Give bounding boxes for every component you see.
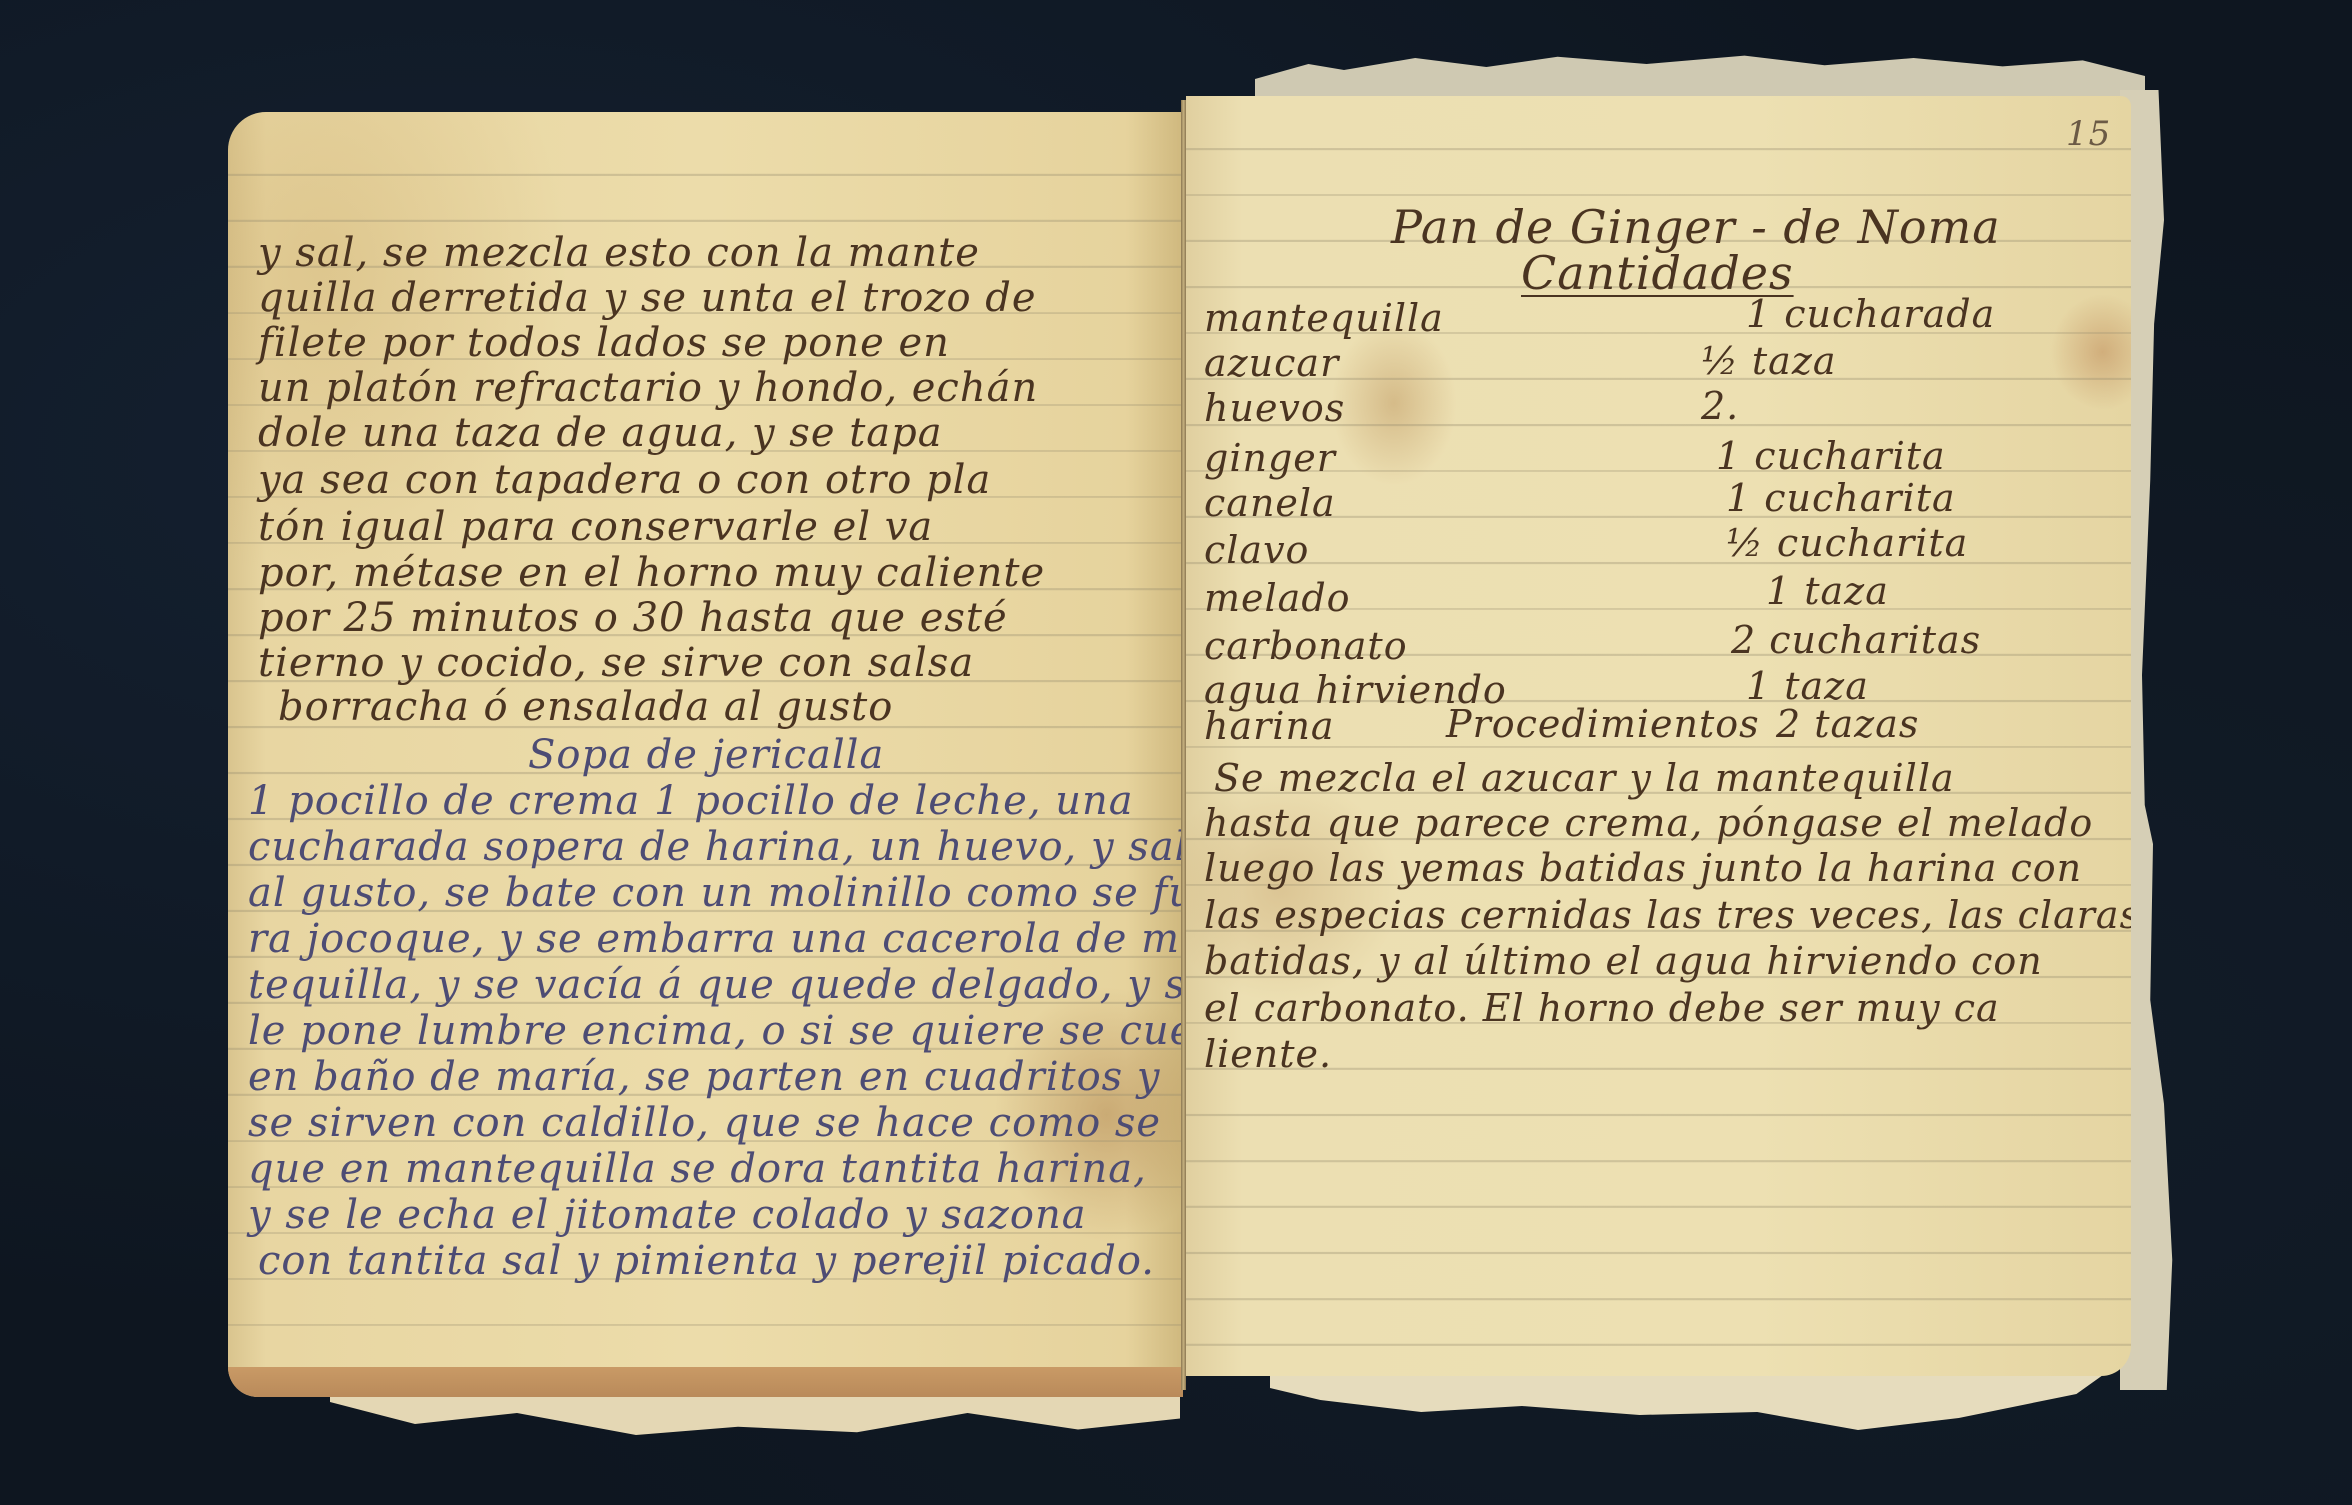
ingredient-name: mantequilla xyxy=(1204,296,1444,340)
text-line: dole una taza de agua, y se tapa xyxy=(258,410,943,456)
text-line: y sal, se mezcla esto con la mante xyxy=(258,230,980,276)
text-line: las especias cernidas las tres veces, la… xyxy=(1204,893,2131,937)
ingredient-qty: 2. xyxy=(1701,384,1739,428)
text-line: en baño de maría, se parten en cuadritos… xyxy=(248,1054,1161,1100)
text-line: 1 pocillo de crema 1 pocillo de leche, u… xyxy=(248,778,1134,824)
ingredient-qty: 2 cucharitas xyxy=(1731,618,1981,662)
open-notebook: y sal, se mezcla esto con la mante quill… xyxy=(0,0,2352,1505)
text-line: tequilla, y se vacía á que quede delgado… xyxy=(248,962,1183,1008)
text-line: filete por todos lados se pone en xyxy=(258,320,950,366)
recipe-title: Sopa de jericalla xyxy=(528,732,884,778)
text-line: ya sea con tapadera o con otro pla xyxy=(258,457,991,503)
ingredient-qty: 1 taza xyxy=(1766,569,1889,613)
text-line: cucharada sopera de harina, un huevo, y … xyxy=(248,824,1183,870)
text-line: se sirven con caldillo, que se hace como… xyxy=(248,1100,1161,1146)
text-line: hasta que parece crema, póngase el melad… xyxy=(1204,801,2093,845)
text-line: borracha ó ensalada al gusto xyxy=(278,684,893,730)
page-bottom-edge xyxy=(228,1367,1183,1397)
text-line: ra jocoque, y se embarra una cacerola de… xyxy=(248,916,1183,962)
text-line: liente. xyxy=(1204,1032,1332,1076)
text-line: con tantita sal y pimienta y perejil pic… xyxy=(258,1238,1155,1284)
text-line: batidas, y al último el agua hirviendo c… xyxy=(1204,939,2043,983)
ingredient-name: harina xyxy=(1204,704,1335,748)
ingredient-name: azucar xyxy=(1204,341,1339,385)
text-line: tón igual para conservarle el va xyxy=(258,504,933,550)
page-number: 15 xyxy=(2066,114,2111,154)
text-line: luego las yemas batidas junto la harina … xyxy=(1204,846,2082,890)
ingredient-qty: 1 cucharita xyxy=(1716,434,1946,478)
right-page: 15 Pan de Ginger - de Noma Cantidades ma… xyxy=(1186,96,2131,1376)
ingredient-qty: ½ taza xyxy=(1701,339,1837,383)
text-line: por, méta­se en el horno muy caliente xyxy=(258,550,1045,596)
text-line: quilla derretida y se unta el trozo de xyxy=(258,275,1037,321)
ingredient-qty: 1 cucharita xyxy=(1726,476,1956,520)
text-line: un platón refractario y hondo, echán xyxy=(258,365,1038,411)
ingredient-qty: 1 cucharada xyxy=(1746,292,1995,336)
ingredient-name: huevos xyxy=(1204,386,1345,430)
ingredient-name: canela xyxy=(1204,481,1336,525)
text-line: y se le echa el jitomate colado y sazona xyxy=(248,1192,1087,1238)
text-line: tierno y cocido, se sirve con salsa xyxy=(258,640,974,686)
text-line: por 25 minutos o 30 hasta que esté xyxy=(258,595,1008,641)
ingredient-qty: 2 tazas xyxy=(1776,702,1919,746)
text-line: al gusto, se bate con un molinillo como … xyxy=(248,870,1183,916)
ingredient-name: ginger xyxy=(1204,436,1336,480)
ingredient-qty: ½ cucharita xyxy=(1726,521,1968,565)
text-line: que en mantequilla se dora tantita harin… xyxy=(248,1146,1147,1192)
ingredient-name: carbonato xyxy=(1204,624,1408,668)
left-page: y sal, se mezcla esto con la mante quill… xyxy=(228,112,1183,1397)
text-line: le pone lumbre encima, o si se quiere se… xyxy=(248,1008,1183,1054)
ingredient-name: clavo xyxy=(1204,528,1309,572)
torn-page-edge-bottom-right xyxy=(1270,1370,2110,1430)
ingredient-name: melado xyxy=(1204,576,1351,620)
text-line: el carbonato. El horno debe ser muy ca xyxy=(1204,986,2000,1030)
procedure-heading: Procedimientos xyxy=(1446,702,1760,746)
text-line: Se mezcla el azucar y la mantequilla xyxy=(1214,756,1955,800)
